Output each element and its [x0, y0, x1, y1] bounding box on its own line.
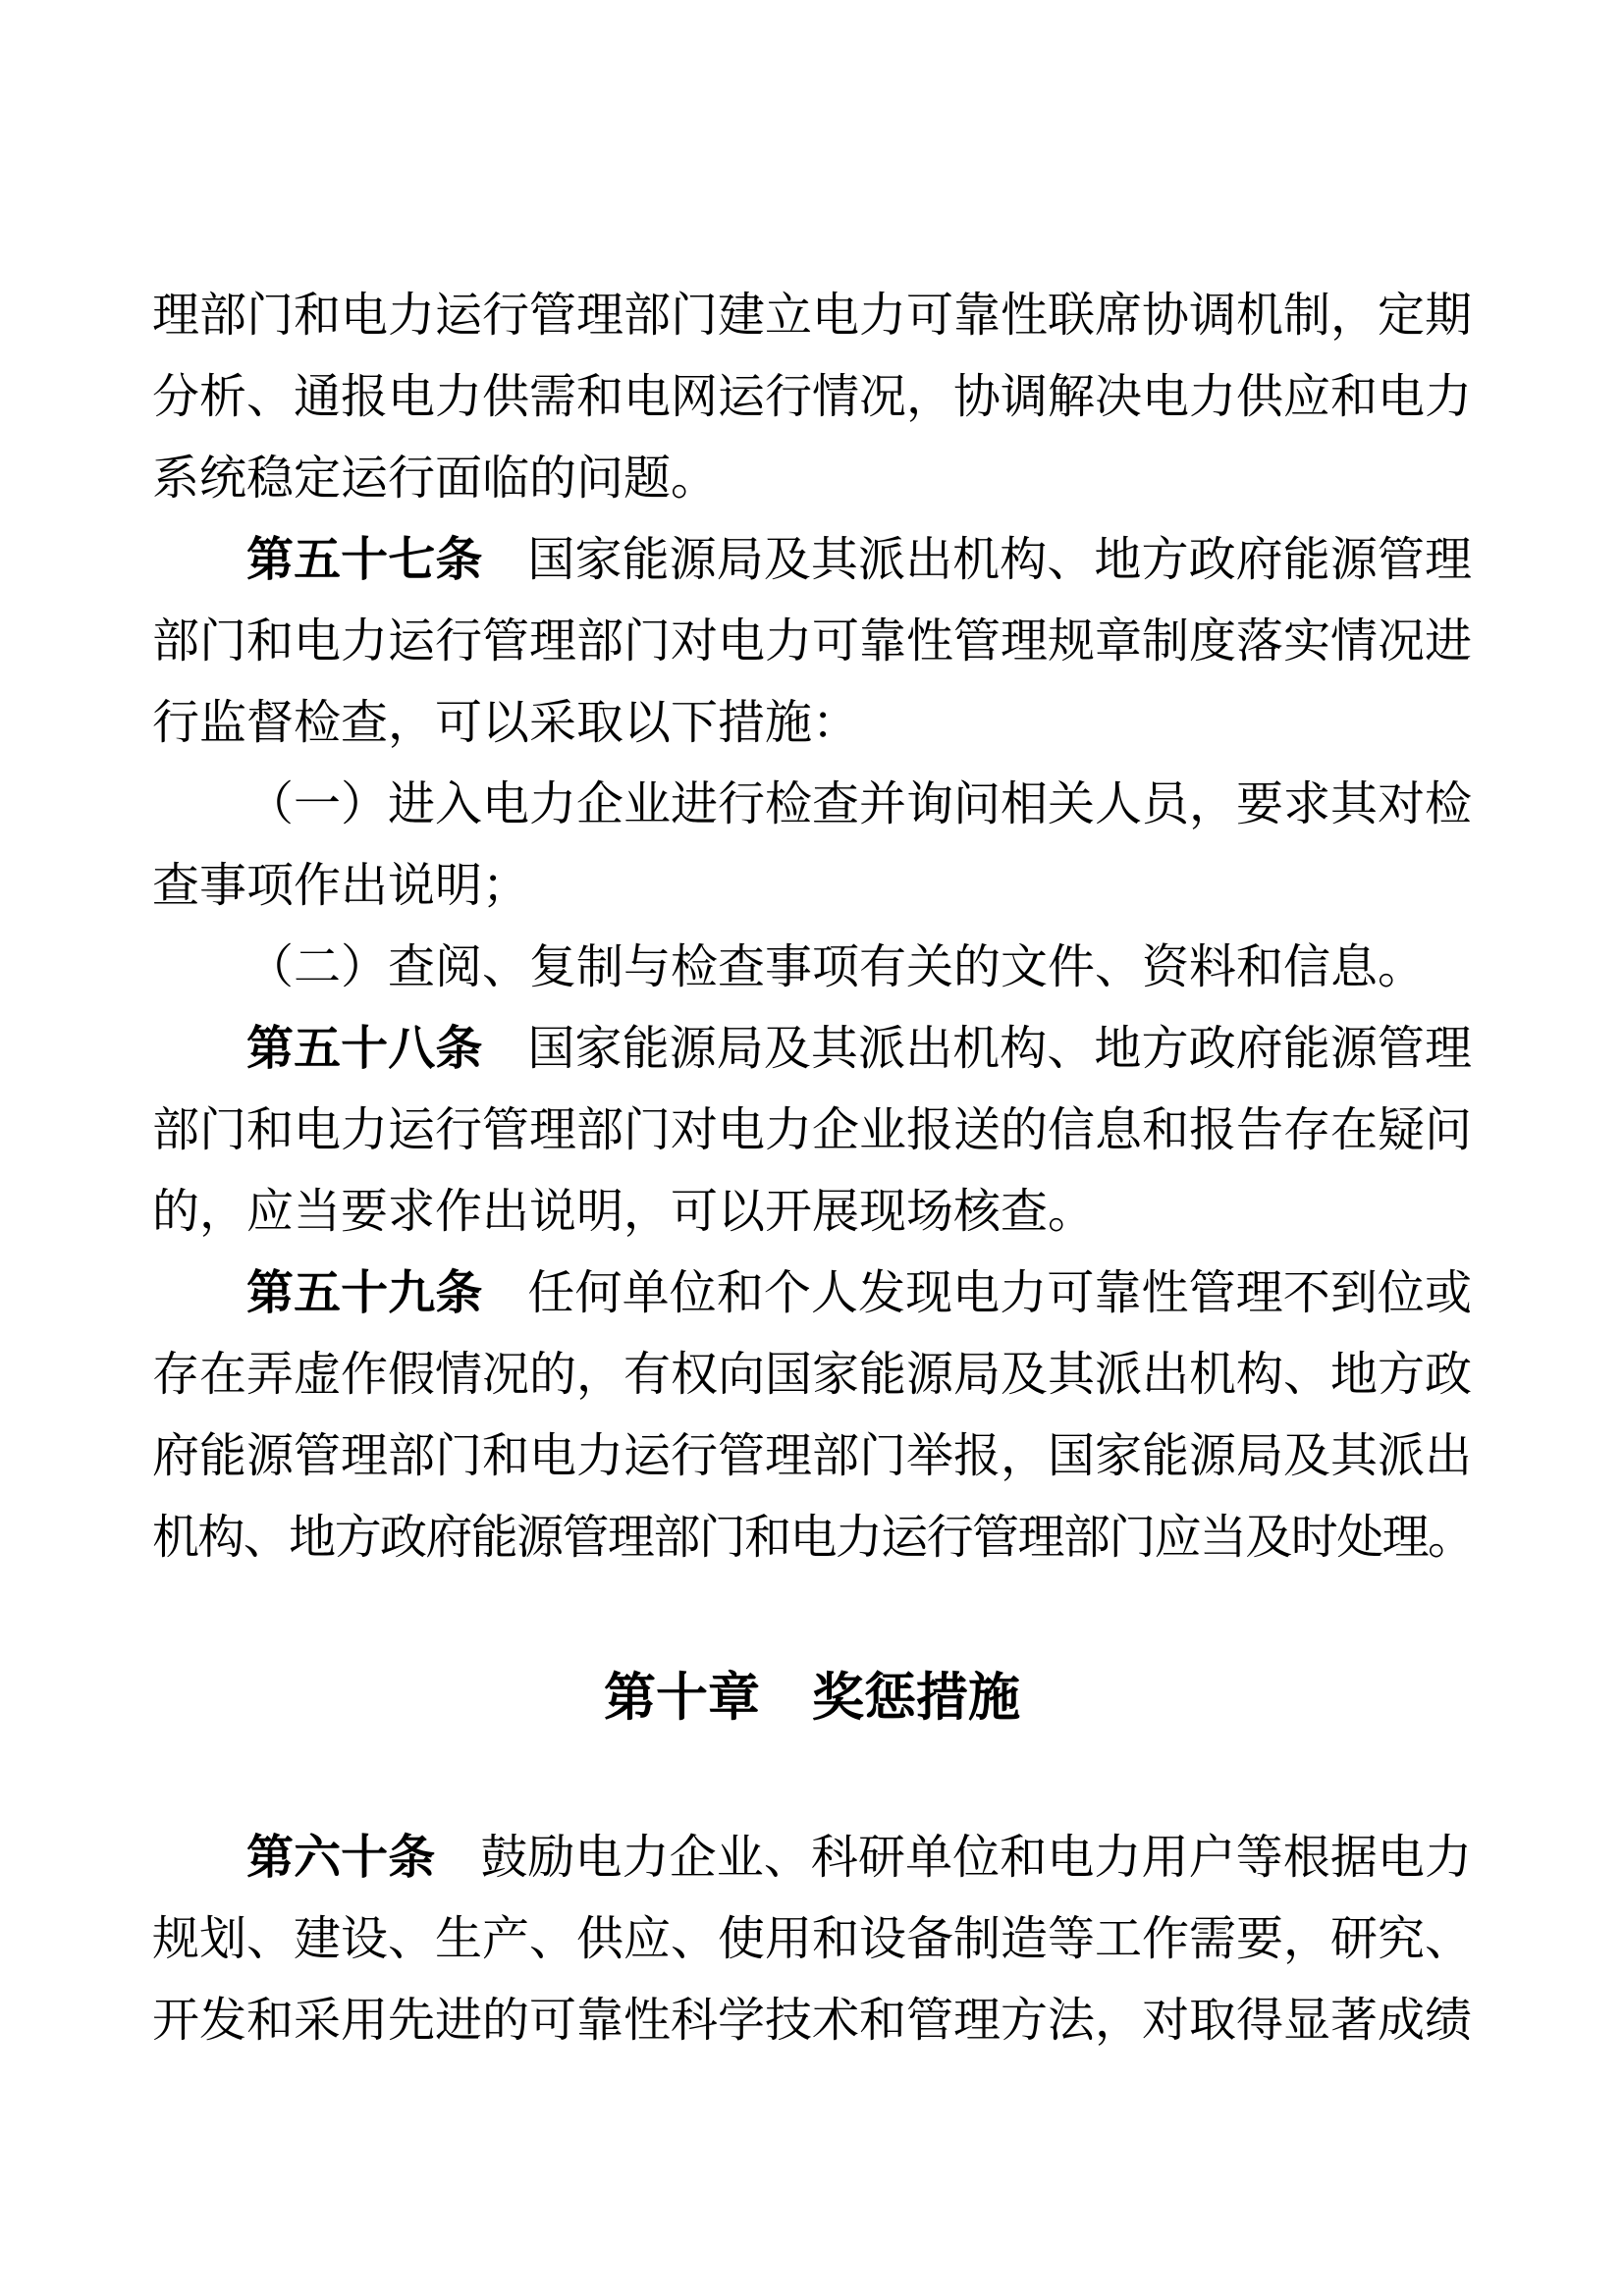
body-line: 机构、地方政府能源管理部门和电力运行管理部门应当及时处理。 [152, 1497, 1472, 1578]
line-text: 国家能源局及其派出机构、地方政府能源管理 [527, 534, 1472, 586]
line-text: （二）查阅、复制与检查事项有关的文件、资料和信息。 [246, 941, 1425, 993]
line-text: 国家能源局及其派出机构、地方政府能源管理 [527, 1023, 1472, 1075]
line-text: 系统稳定运行面临的问题。 [152, 453, 718, 505]
body-line: （二）查阅、复制与检查事项有关的文件、资料和信息。 [152, 927, 1472, 1008]
body-line: 规划、建设、生产、供应、使用和设备制造等工作需要，研究、 [152, 1898, 1472, 1980]
body-line: 第六十条鼓励电力企业、科研单位和电力用户等根据电力 [152, 1817, 1472, 1898]
line-text: 部门和电力运行管理部门对电力企业报送的信息和报告存在疑问 [152, 1104, 1472, 1156]
body-line: 系统稳定运行面临的问题。 [152, 438, 1472, 519]
article-number: 第六十条 [246, 1832, 435, 1884]
body-line: 府能源管理部门和电力运行管理部门举报，国家能源局及其派出 [152, 1415, 1472, 1497]
body-line: 分析、通报电力供需和电网运行情况，协调解决电力供应和电力 [152, 356, 1472, 438]
line-text: 行监督检查，可以采取以下措施： [152, 697, 859, 749]
body-line: 存在弄虚作假情况的，有权向国家能源局及其派出机构、地方政 [152, 1334, 1472, 1415]
body-line: 的，应当要求作出说明，可以开展现场核查。 [152, 1171, 1472, 1253]
line-text: 开发和采用先进的可靠性科学技术和管理方法，对取得显著成绩 [152, 1995, 1472, 2047]
document-page: 理部门和电力运行管理部门建立电力可靠性联席协调机制，定期分析、通报电力供需和电网… [0, 0, 1624, 2296]
line-text: 府能源管理部门和电力运行管理部门举报，国家能源局及其派出 [152, 1430, 1472, 1482]
line-text: 鼓励电力企业、科研单位和电力用户等根据电力 [480, 1832, 1472, 1884]
line-text: 存在弄虚作假情况的，有权向国家能源局及其派出机构、地方政 [152, 1349, 1472, 1401]
line-text: （一）进入电力企业进行检查并询问相关人员，要求其对检 [246, 778, 1472, 830]
body-line: 第五十七条国家能源局及其派出机构、地方政府能源管理 [152, 519, 1472, 601]
body-line: 开发和采用先进的可靠性科学技术和管理方法，对取得显著成绩 [152, 1980, 1472, 2061]
document-body: 理部门和电力运行管理部门建立电力可靠性联席协调机制，定期分析、通报电力供需和电网… [152, 275, 1472, 2061]
line-text: 规划、建设、生产、供应、使用和设备制造等工作需要，研究、 [152, 1913, 1472, 1965]
body-line: 部门和电力运行管理部门对电力可靠性管理规章制度落实情况进 [152, 601, 1472, 682]
body-line: 第五十九条任何单位和个人发现电力可靠性管理不到位或 [152, 1253, 1472, 1334]
body-line: 第五十八条国家能源局及其派出机构、地方政府能源管理 [152, 1008, 1472, 1090]
line-text: 分析、通报电力供需和电网运行情况，协调解决电力供应和电力 [152, 371, 1472, 423]
body-line: 行监督检查，可以采取以下措施： [152, 682, 1472, 764]
body-line: 部门和电力运行管理部门对电力企业报送的信息和报告存在疑问 [152, 1090, 1472, 1171]
line-text: 查事项作出说明； [152, 860, 529, 912]
body-line: （一）进入电力企业进行检查并询问相关人员，要求其对检 [152, 764, 1472, 845]
line-text: 任何单位和个人发现电力可靠性管理不到位或 [527, 1267, 1472, 1319]
line-text: 的，应当要求作出说明，可以开展现场核查。 [152, 1186, 1095, 1238]
chapter-heading: 第十章 奖惩措施 [152, 1657, 1472, 1738]
body-line: 理部门和电力运行管理部门建立电力可靠性联席协调机制，定期 [152, 275, 1472, 356]
body-line: 查事项作出说明； [152, 845, 1472, 927]
article-number: 第五十八条 [246, 1023, 482, 1075]
line-text: 理部门和电力运行管理部门建立电力可靠性联席协调机制，定期 [152, 290, 1472, 342]
line-text: 部门和电力运行管理部门对电力可靠性管理规章制度落实情况进 [152, 615, 1472, 667]
line-text: 机构、地方政府能源管理部门和电力运行管理部门应当及时处理。 [152, 1512, 1472, 1564]
article-number: 第五十七条 [246, 534, 482, 586]
article-number: 第五十九条 [246, 1267, 482, 1319]
